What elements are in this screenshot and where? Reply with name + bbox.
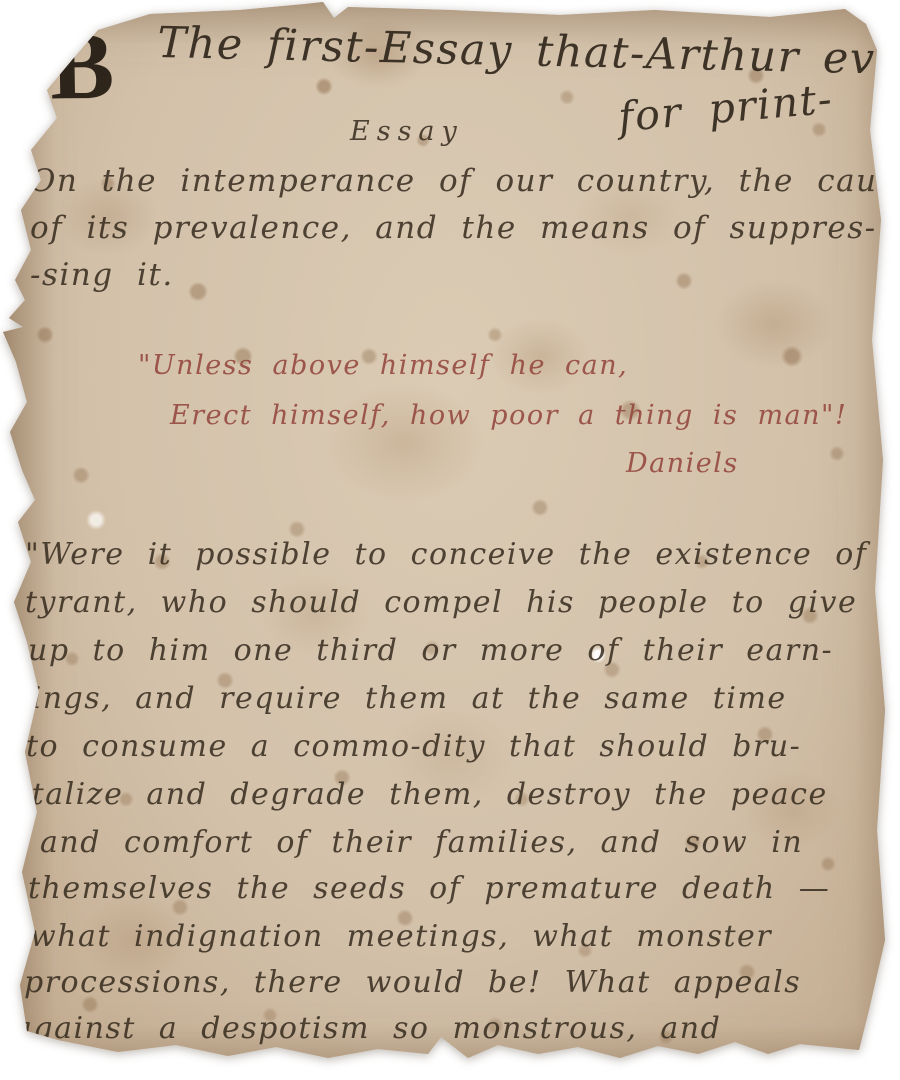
subject-line: -sing it. — [30, 257, 174, 293]
body-line: and comfort of their families, and sow i… — [40, 825, 803, 860]
body-line: against a despotism so monstrous, and — [14, 1011, 721, 1046]
body-line: processions, there would be! What appeal… — [24, 965, 801, 1000]
manuscript-scan: B The first-Essay that-Arthur ever Wrote… — [0, 0, 900, 1080]
subject-line: On the intemperance of our country, the … — [30, 163, 900, 199]
epigraph-line: "Unless above himself he can, — [138, 350, 628, 381]
body-line: themselves the seeds of premature death … — [28, 871, 830, 906]
body-line: -talize and degrade them, destroy the pe… — [20, 777, 828, 812]
paper-shadow-wrap: B The first-Essay that-Arthur ever Wrote… — [0, 0, 900, 1080]
subject-line: of its prevalence, and the means of supp… — [30, 210, 877, 246]
body-line: "Were it possible to conceive the existe… — [25, 537, 900, 572]
body-line: what indignation meetings, what monster — [30, 919, 772, 954]
epigraph-line: Erect himself, how poor a thing is man"! — [170, 400, 847, 431]
manuscript-paper: B The first-Essay that-Arthur ever Wrote… — [0, 0, 900, 1080]
body-line: -ings, and require them at the same time — [20, 681, 787, 716]
body-line: to consume a commo-dity that should bru- — [26, 729, 801, 764]
essay-title: Essay — [350, 116, 464, 147]
body-line: tyrant, who should compel his people to … — [25, 585, 857, 620]
body-line: up to him one third or more of their ear… — [28, 633, 833, 668]
epigraph-attribution: Daniels — [626, 448, 739, 479]
archive-corner-letter: B — [49, 17, 115, 114]
